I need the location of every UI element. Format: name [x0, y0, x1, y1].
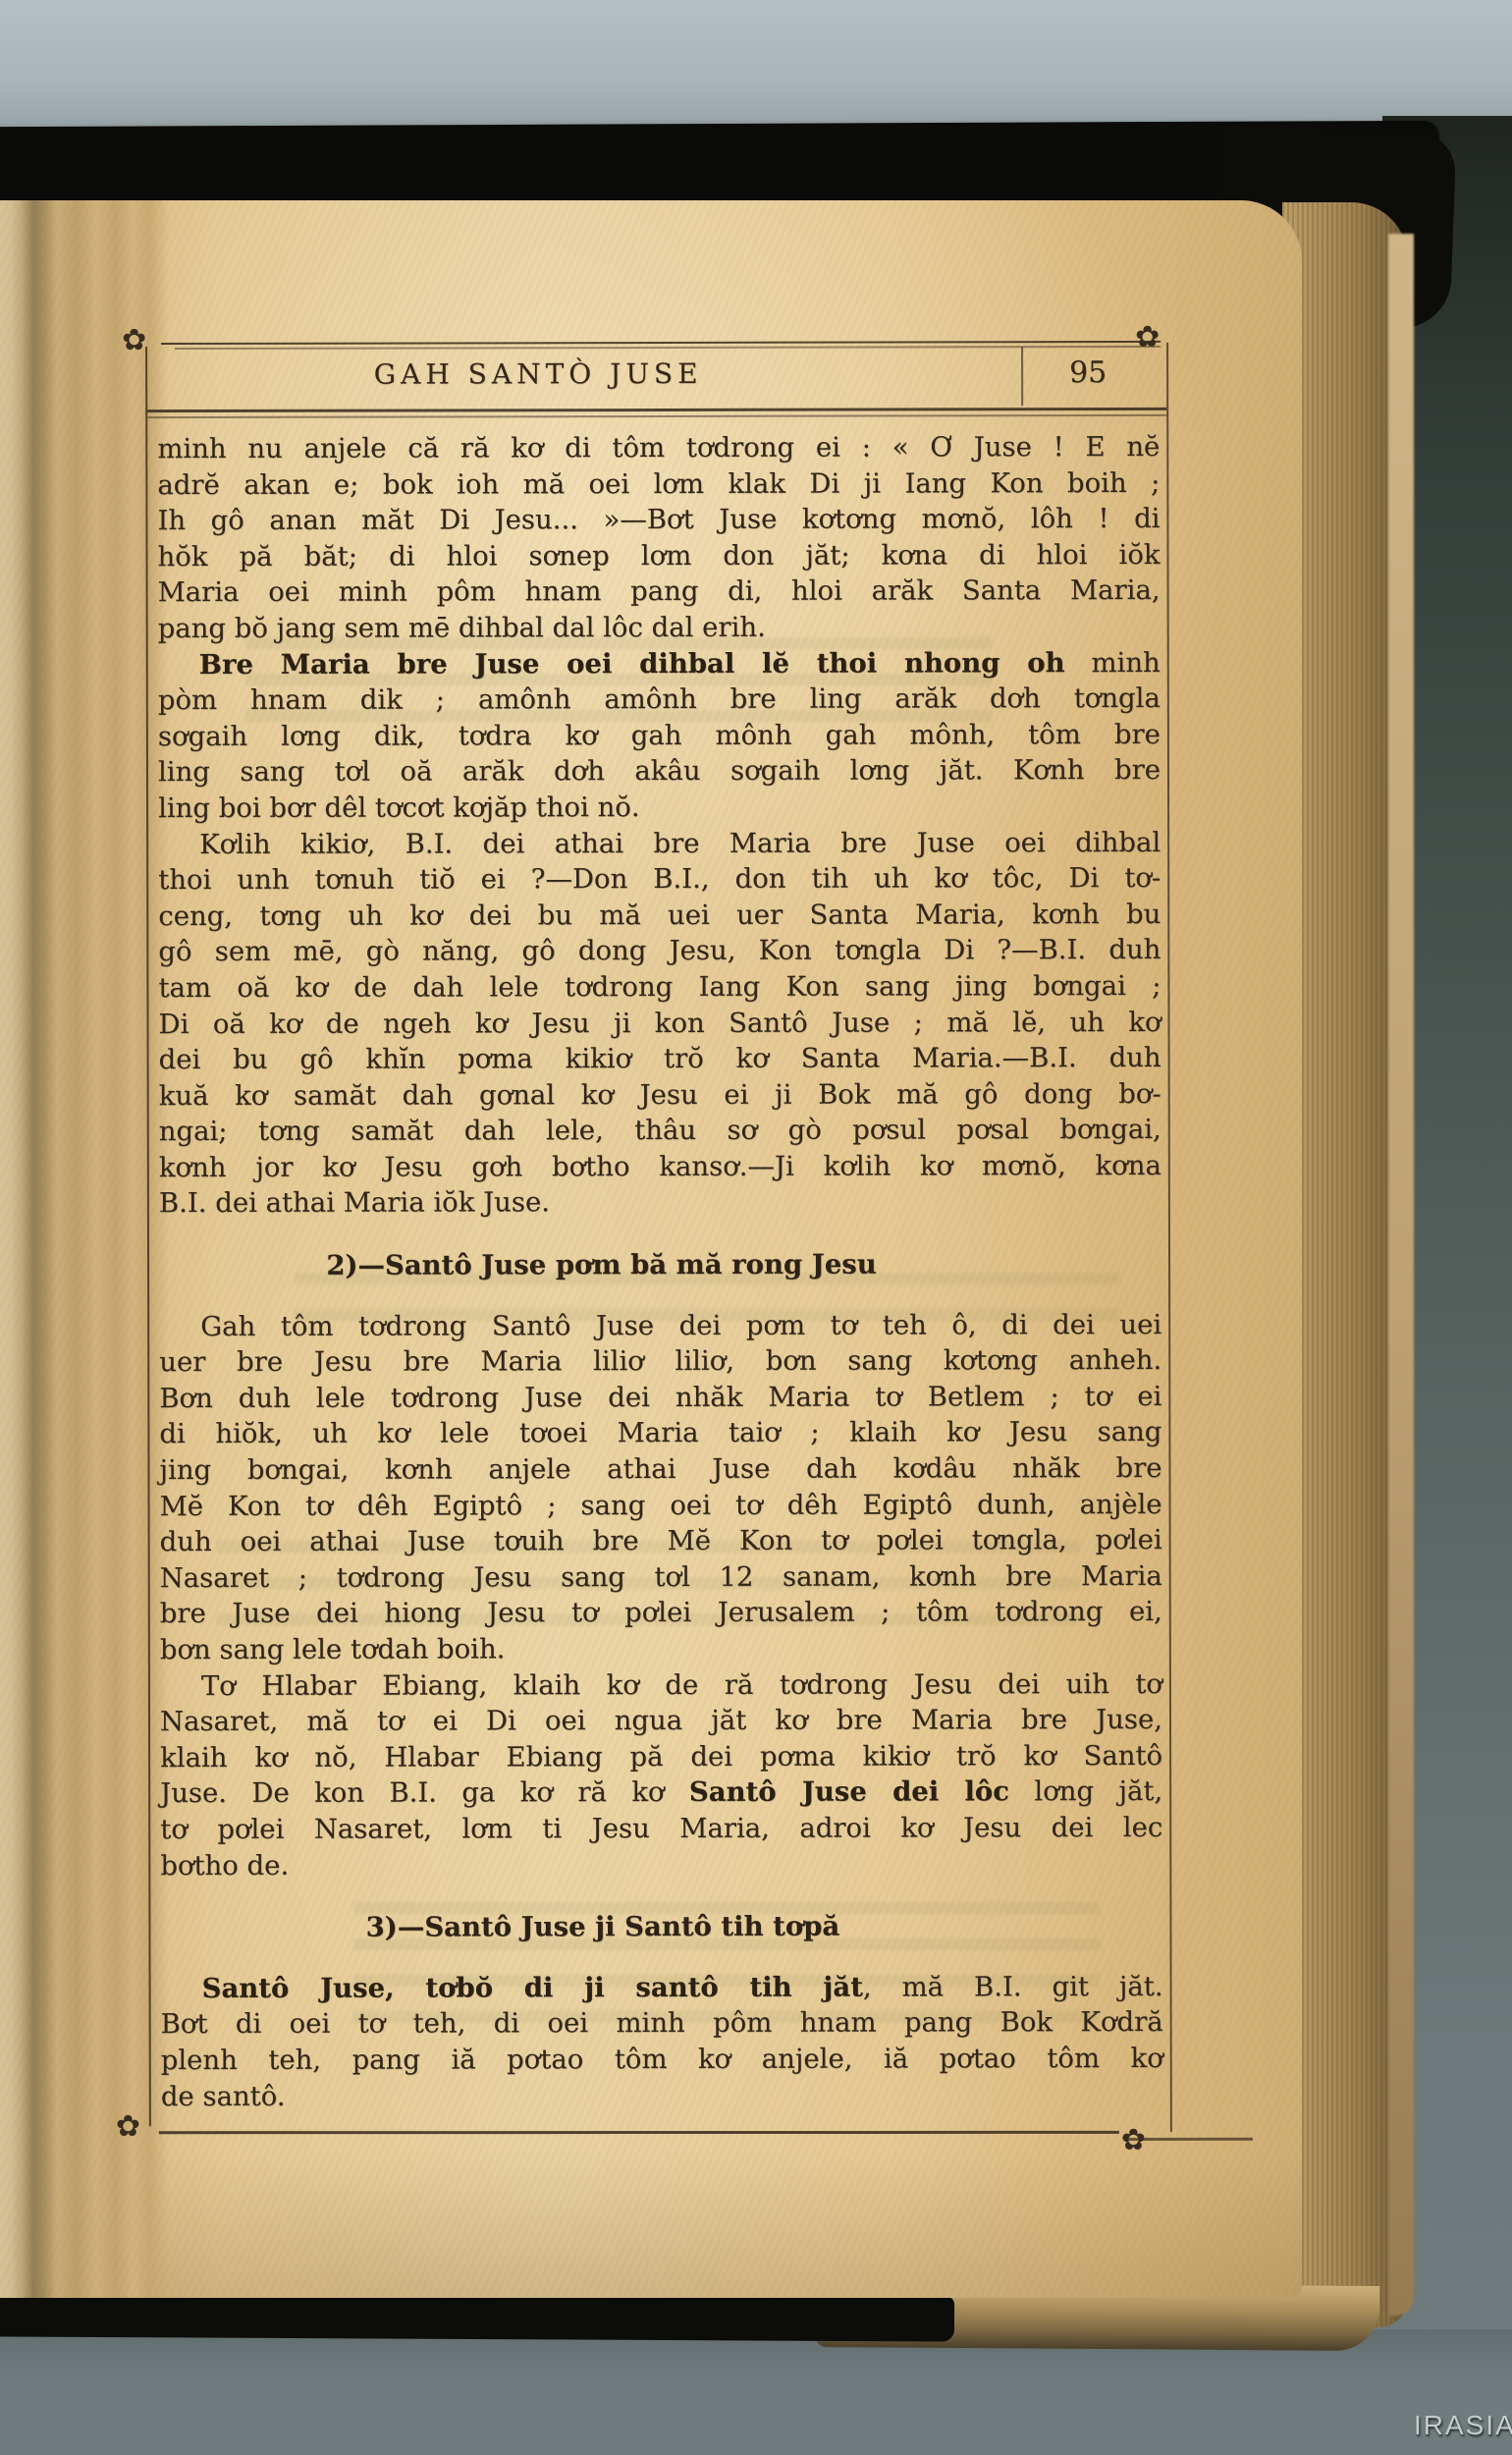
text-line: kơnh jor kơ Jesu gơh bơtho kansơ.—Ji kơl… [159, 1148, 1161, 1186]
text-line: sơgaih lơng dik, tơdra kơ gah mônh gah m… [158, 717, 1161, 755]
text-line: kuă kơ samăt dah gơnal kơ Jesu ei ji Bok… [159, 1076, 1161, 1115]
frame-top-rule-double [175, 346, 1161, 350]
text-line: Mĕ Kon tơ dêh Egiptô ; sang oei tơ dêh E… [160, 1487, 1162, 1525]
scan-watermark: IRASIA [1414, 2410, 1512, 2441]
text-line: pang bŏ jang sem mē dihbal dal lôc dal e… [158, 609, 1161, 647]
text-line: Ih gô anan măt Di Jesu... »—Bơt Juse kơt… [157, 501, 1160, 539]
text-line: ling boi bơr dêl tơcơt kơjăp thoi nŏ. [158, 789, 1161, 827]
paragraph: Tơ Hlabar Ebiang, klaih kơ de ră tơdrong… [160, 1666, 1162, 1884]
text-line: thoi unh tơnuh tiŏ ei ?—Don B.I., don ti… [158, 860, 1161, 899]
frame-bottom-rule-right [1127, 2138, 1253, 2141]
text-line: Bơt di oei tơ teh, di oei minh pôm hnam … [161, 2004, 1163, 2043]
header-underline-rule-double [147, 414, 1166, 418]
text-line: dei bu gô khĭn pơma kikiơ trŏ kơ Santa M… [159, 1040, 1161, 1078]
text-line: ling sang tơl oă arăk dơh akâu sơgaih lơ… [158, 752, 1161, 791]
text-line: Bre Maria bre Juse oei dihbal lĕ thoi nh… [158, 644, 1161, 682]
text-line: uer bre Jesu bre Maria liliơ liliơ, bơn … [159, 1342, 1161, 1381]
text-line: tơ pơlei Nasaret, lơm ti Jesu Maria, adr… [160, 1810, 1162, 1848]
frame-bottom-rule [159, 2131, 1119, 2134]
text-line: duh oei athai Juse tơuih bre Mĕ Kon tơ p… [160, 1522, 1162, 1560]
section-heading: 3)—Santô Juse ji Santô tih tơpă [160, 1882, 1162, 1971]
running-header-title: GAH SANTÒ JUSE [293, 357, 783, 391]
text-line: Bơn duh lele tơdrong Juse dei nhăk Maria… [159, 1379, 1161, 1417]
text-line: Juse. De kon B.I. ga kơ ră kơ Santô Juse… [160, 1773, 1162, 1812]
fleuron-icon: ✿ [122, 326, 146, 355]
text-line: minh nu anjele că ră kơ di tôm tơdrong e… [157, 429, 1160, 467]
text-line: Nasaret, mă tơ ei Di oei ngua jăt kơ bre… [160, 1702, 1162, 1740]
fleuron-icon: ✿ [116, 2112, 140, 2142]
text-line: Nasaret ; tơdrong Jesu sang tơl 12 sanam… [160, 1558, 1162, 1597]
fleuron-icon: ✿ [1135, 323, 1160, 353]
text-line: hŏk pă băt; di hloi sơnep lơm don jăt; k… [157, 537, 1160, 575]
header-separator-line [1021, 347, 1023, 406]
text-line: bre Juse dei hiong Jesu tơ pơlei Jerusal… [160, 1594, 1162, 1632]
text-line: plenh teh, pang iă pơtao tôm kơ anjele, … [161, 2041, 1163, 2079]
text-line: B.I. dei athai Maria iŏk Juse. [159, 1183, 1161, 1222]
text-line: di hiŏk, uh kơ lele tơoei Maria taiơ ; k… [159, 1414, 1161, 1452]
text-line: Di oă kơ de ngeh kơ Jesu ji kon Santô Ju… [158, 1004, 1161, 1042]
text-line: ceng, tơng uh kơ dei bu mă uei uer Santa… [158, 897, 1161, 935]
book-cover-bottom-edge [0, 2291, 954, 2341]
text-line: klaih kơ nŏ, Hlabar Ebiang pă dei pơma k… [160, 1738, 1162, 1776]
paragraph: Bre Maria bre Juse oei dihbal lĕ thoi nh… [158, 644, 1161, 826]
section-heading: 2)—Santô Juse pơm bă mă rong Jesu [159, 1220, 1161, 1309]
scanner-background-top [0, 0, 1512, 130]
text-line: Maria oei minh pôm hnam pang di, hloi ar… [158, 573, 1161, 611]
paragraph: minh nu anjele că ră kơ di tôm tơdrong e… [157, 429, 1160, 647]
text-line: Kơlih kikiơ, B.I. dei athai bre Maria br… [158, 824, 1161, 862]
page-body: minh nu anjele că ră kơ di tôm tơdrong e… [157, 429, 1163, 2114]
text-line: pòm hnam dik ; amônh amônh bre ling arăk… [158, 681, 1161, 719]
text-line: Santô Juse, tơbŏ di ji santô tih jăt, mă… [161, 1969, 1163, 2007]
text-line: bơtho de. [160, 1845, 1162, 1883]
fleuron-icon: ✿ [1121, 2126, 1146, 2155]
text-line: Tơ Hlabar Ebiang, klaih kơ de ră tơdrong… [160, 1666, 1162, 1705]
text-line: gô sem mē, gò năng, gô dong Jesu, Kon tơ… [158, 932, 1161, 970]
header-underline-rule [147, 408, 1166, 412]
text-line: ngai; tơng samăt dah lele, thâu sơ gò pơ… [159, 1112, 1161, 1150]
printed-page-frame: ✿ ✿ ✿ ✿ GAH SANTÒ JUSE 95 minh nu anjele… [145, 341, 1172, 2150]
text-line: Gah tôm tơdrong Santô Juse dei pơm tơ te… [159, 1307, 1161, 1345]
page-stack-outer-edge [1388, 234, 1414, 2316]
text-line: bơn sang lele tơdah boih. [160, 1630, 1162, 1668]
text-line: adrĕ akan e; bok ioh mă oei lơm klak Di … [157, 465, 1160, 504]
paragraph: Gah tôm tơdrong Santô Juse dei pơm tơ te… [159, 1307, 1162, 1668]
page-number: 95 [1047, 355, 1129, 390]
paragraph: Kơlih kikiơ, B.I. dei athai bre Maria br… [158, 824, 1161, 1222]
text-line: tam oă kơ de dah lele tơdrong Iang Kon s… [158, 968, 1161, 1007]
text-line: jing bơngai, kơnh anjele athai Juse dah … [159, 1450, 1161, 1489]
text-line: de santô. [161, 2076, 1163, 2114]
paragraph: Santô Juse, tơbŏ di ji santô tih jăt, mă… [161, 1969, 1163, 2115]
